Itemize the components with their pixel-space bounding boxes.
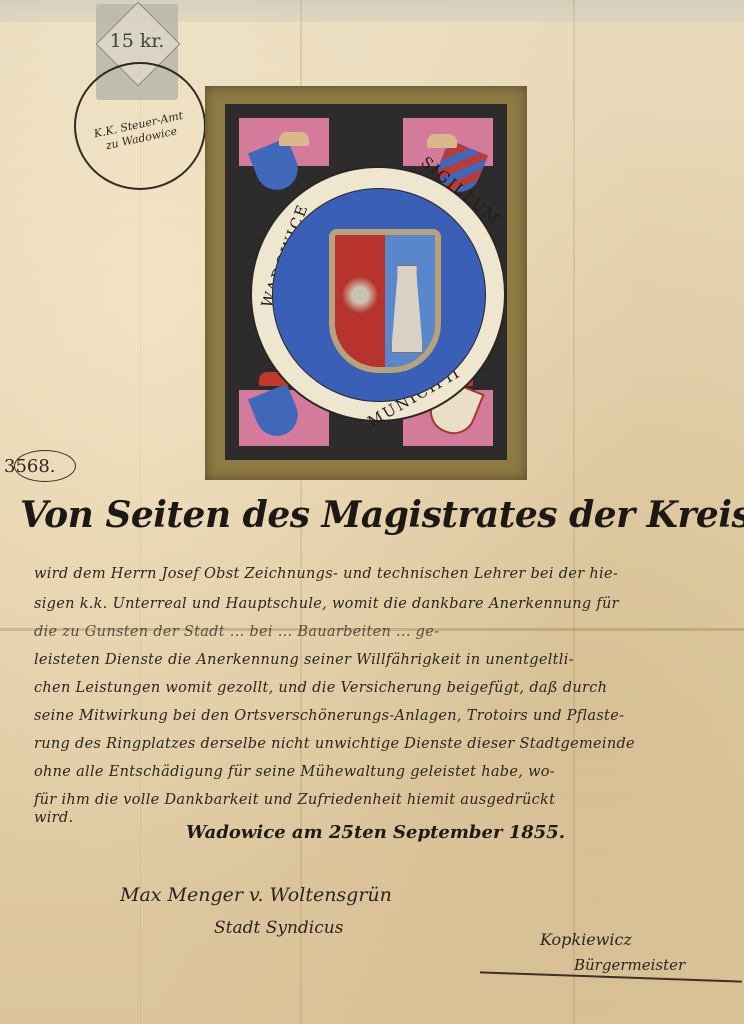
body-line: sigen k.k. Unterreal und Hauptschule, wo… (34, 596, 619, 612)
city-shield (329, 229, 441, 373)
body-line: ohne alle Entschädigung für seine Mühewa… (34, 764, 555, 780)
seal-ring: WADOWICE SIGILLUM MUNICIPII (250, 166, 506, 422)
signature-left-name: Max Menger v. Woltensgrün (120, 884, 392, 906)
body-line: die zu Gunsten der Stadt ... bei ... Bau… (34, 624, 439, 640)
body-line: wird dem Herrn Josef Obst Zeichnungs- un… (34, 566, 618, 582)
crown-icon (427, 134, 457, 148)
body-line: leisteten Dienste die Anerkennung seiner… (34, 652, 574, 668)
reference-number-text: 3568. (4, 456, 56, 477)
signature-right-name: Kopkiewicz (540, 930, 632, 949)
stamp-value: 15 kr. (96, 30, 178, 52)
reference-number: 3568. (0, 448, 78, 484)
coat-of-arms: WADOWICE SIGILLUM MUNICIPII (205, 86, 527, 480)
eagle-icon (343, 275, 377, 315)
crown-icon (279, 132, 309, 146)
date-line: Wadowice am 25ten September 1855. (186, 822, 565, 843)
body-line: rung des Ringplatzes derselbe nicht unwi… (34, 736, 635, 752)
document-heading: Von Seiten des Magistrates der Kreisstad… (20, 494, 744, 536)
body-line: seine Mitwirkung bei den Ortsverschöneru… (34, 708, 624, 724)
signature-right-title: Bürgermeister (574, 956, 685, 974)
shield-red-half (335, 235, 385, 367)
body-line: wird. (34, 810, 73, 826)
seal-field (272, 188, 486, 402)
document-page: 15 kr. K.K. Steuer-Amt zu Wadowice WADOW… (0, 0, 744, 1024)
signature-left-title: Stadt Syndicus (214, 918, 343, 938)
coat-of-arms-border: WADOWICE SIGILLUM MUNICIPII (225, 104, 507, 460)
body-line: für ihm die volle Dankbarkeit und Zufrie… (34, 792, 555, 808)
body-line: chen Leistungen womit gezollt, und die V… (34, 680, 607, 696)
